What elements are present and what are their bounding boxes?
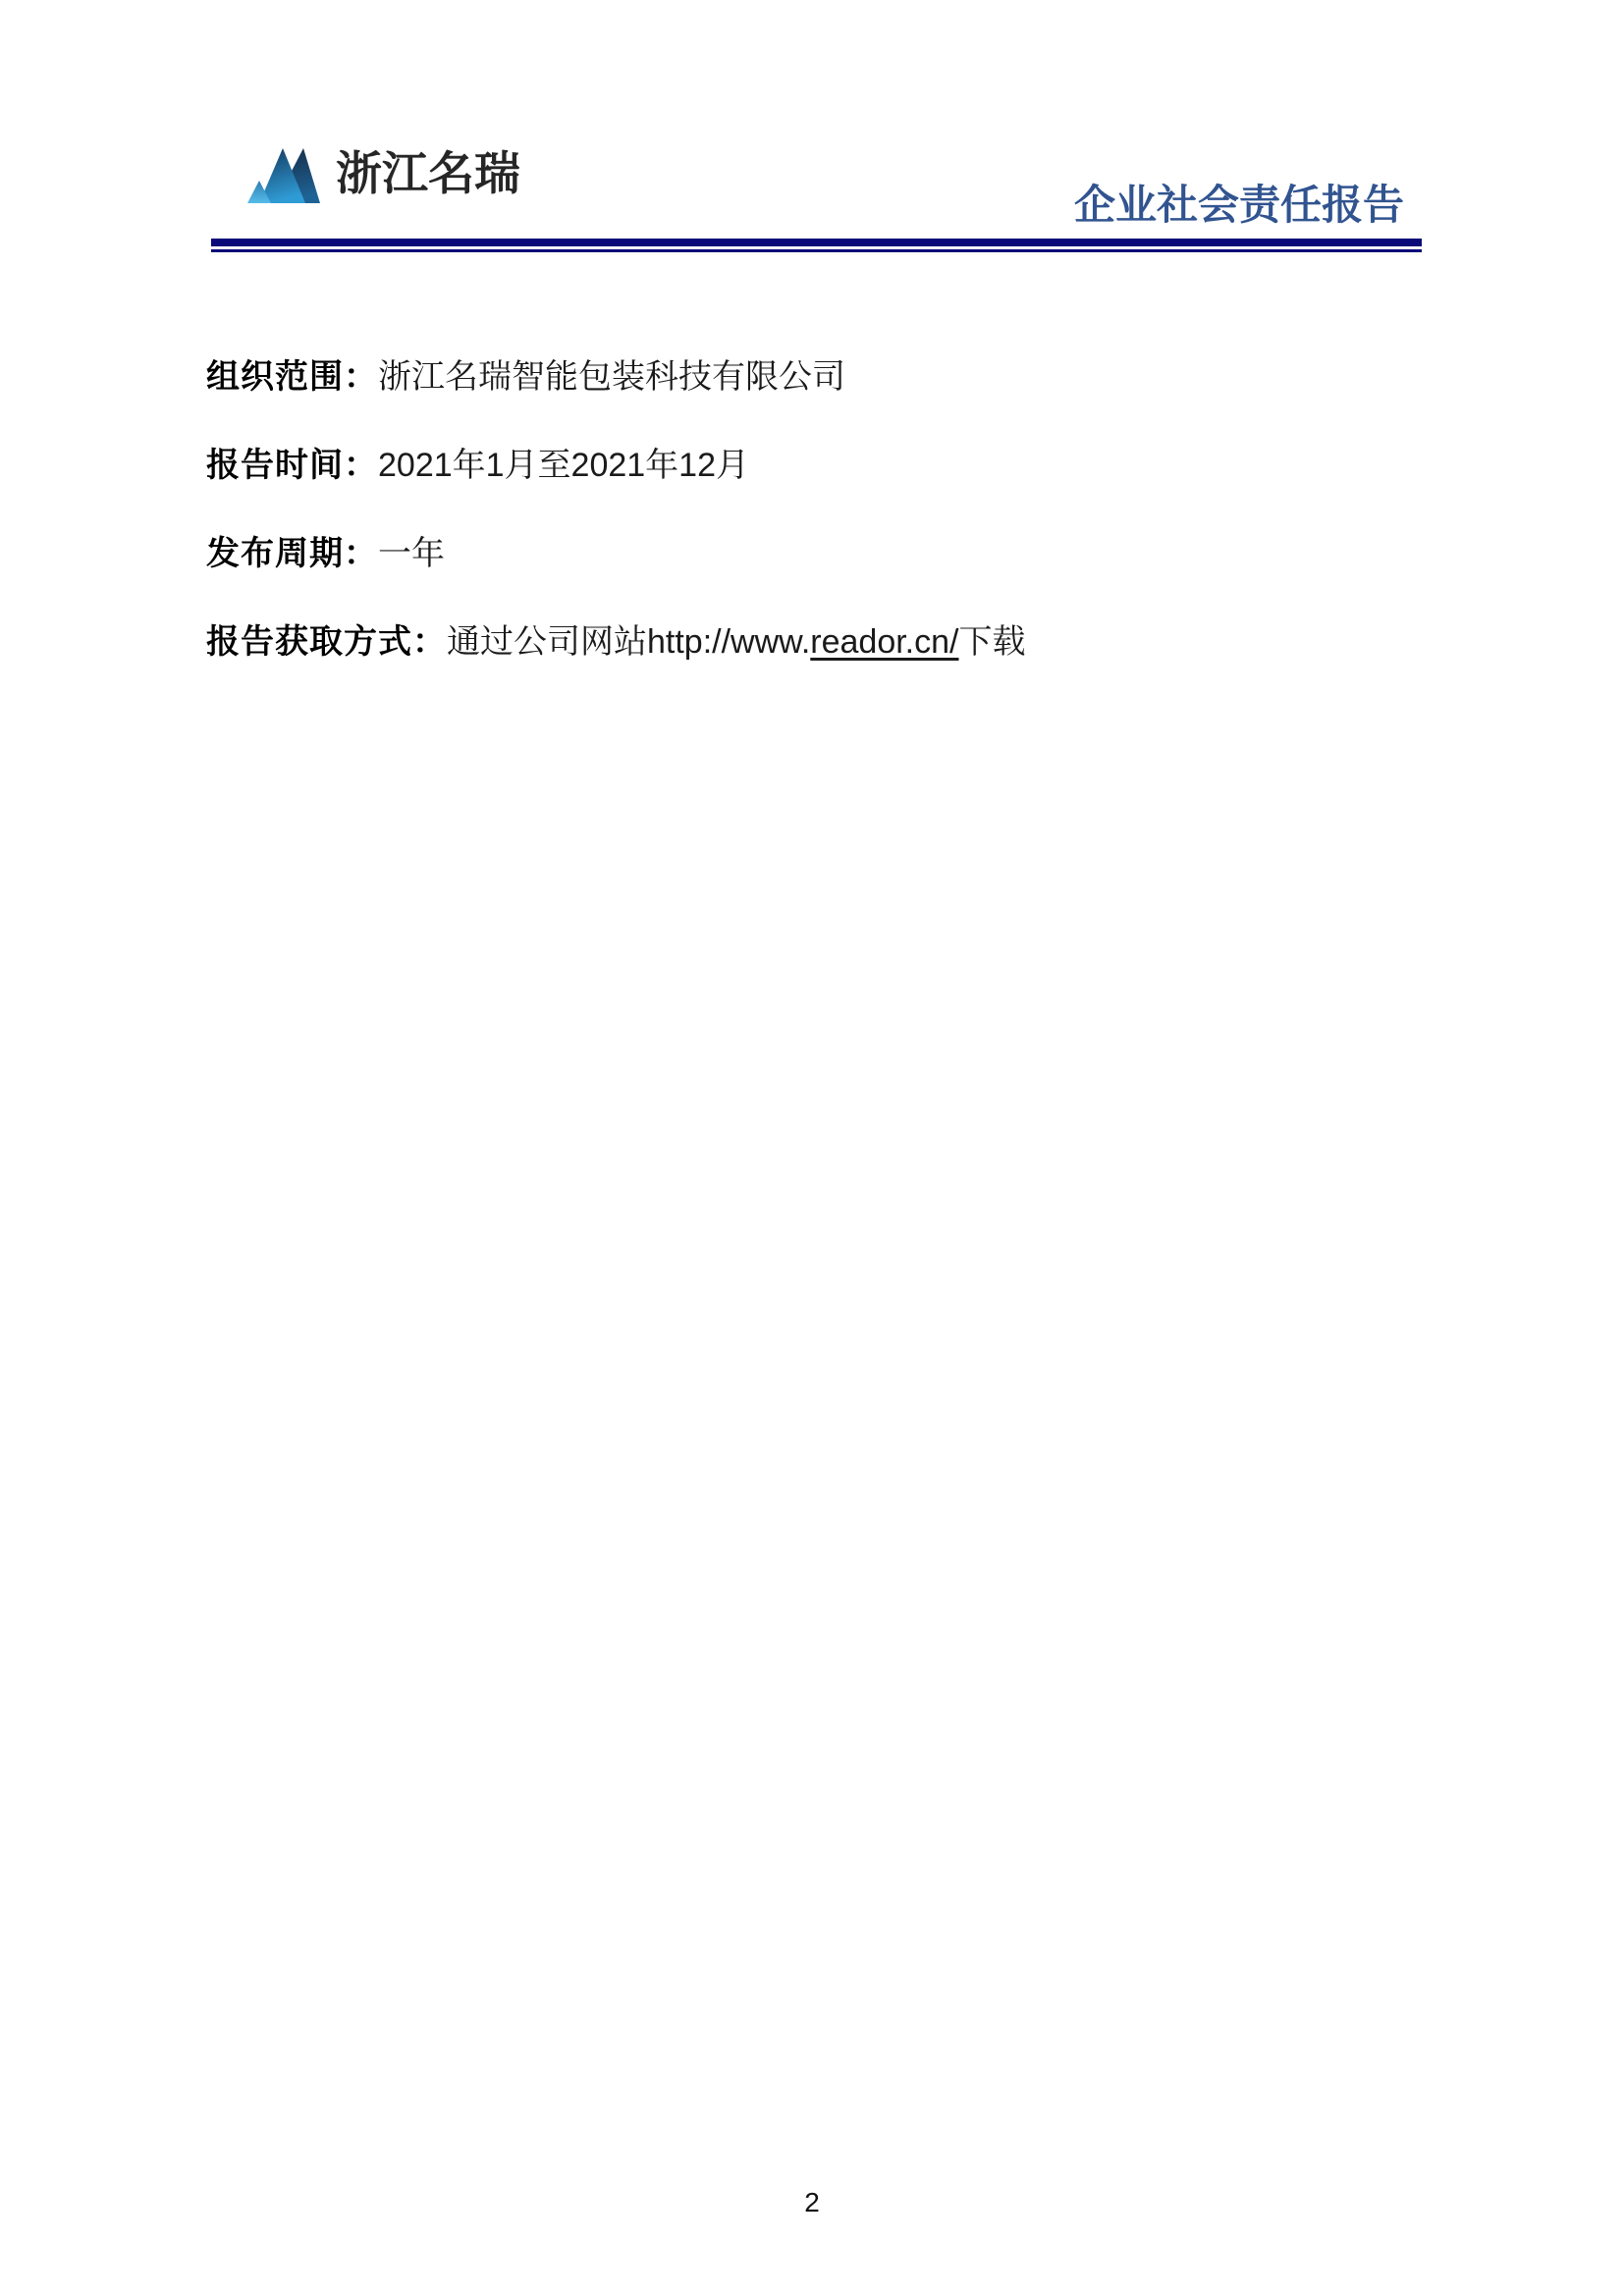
org-scope-value: 浙江名瑞智能包装科技有限公司 (378, 358, 845, 396)
logo-text: 浙江名瑞 (336, 139, 520, 208)
report-website-link[interactable]: reador.cn/ (810, 623, 958, 661)
divider-thick-bar (211, 239, 1422, 246)
page-number: 2 (0, 2187, 1624, 2218)
report-access-line: 报告获取方式：通过公司网站http://www.reador.cn/下载 (206, 620, 1026, 664)
release-cycle-label: 发布周期： (206, 535, 378, 572)
report-period-label: 报告时间： (206, 447, 378, 484)
report-period-value: 2021年1月至2021年12月 (378, 447, 749, 484)
org-scope-line: 组织范围：浙江名瑞智能包装科技有限公司 (206, 355, 845, 399)
report-access-value-prefix: 通过公司网站http://www. (447, 623, 810, 661)
divider-thin-bar (211, 249, 1422, 252)
report-period-line: 报告时间：2021年1月至2021年12月 (206, 444, 749, 487)
org-scope-label: 组织范围： (206, 358, 378, 396)
company-logo: 浙江名瑞 (244, 139, 520, 208)
release-cycle-line: 发布周期：一年 (206, 532, 445, 575)
report-access-value-suffix: 下载 (959, 623, 1026, 661)
release-cycle-value: 一年 (378, 535, 445, 572)
header-divider (211, 239, 1422, 252)
mountain-m-logo-icon (244, 139, 334, 208)
document-page: 浙江名瑞 企业社会责任报告 组织范围：浙江名瑞智能包装科技有限公司 报告时间：2… (0, 0, 1624, 2296)
report-access-label: 报告获取方式： (206, 623, 447, 661)
report-title: 企业社会责任报告 (1074, 173, 1404, 232)
